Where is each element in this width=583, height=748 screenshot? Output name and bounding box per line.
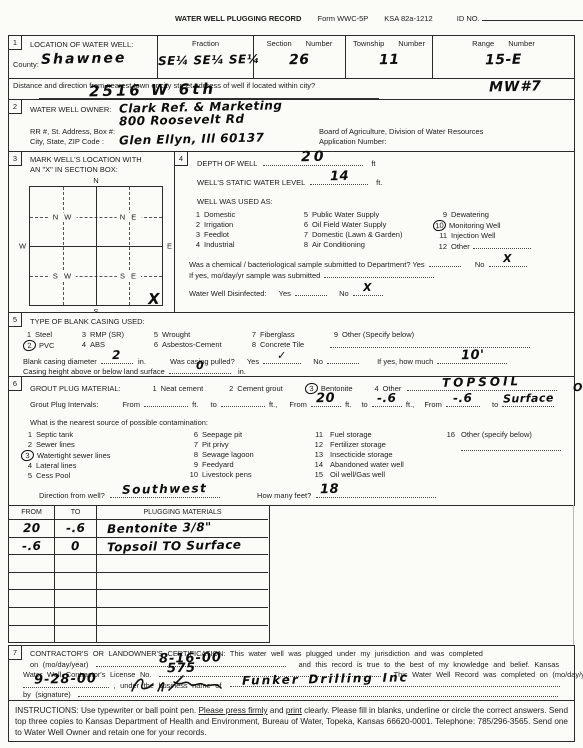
direction-line: Direction from well? Southwest How many … <box>39 490 436 500</box>
instructions-underline1: Please press firmly <box>198 706 267 715</box>
used-as-col1: 1Domestic 2Irrigation 3Feedlot 4Industri… <box>189 210 235 250</box>
instructions-box: INSTRUCTIONS: Use typewriter or ball poi… <box>8 700 575 742</box>
used-as-col2: 5Public Water Supply 6Oil Field Water Su… <box>297 210 402 250</box>
casing-num: 1 <box>23 330 31 340</box>
casing-item: Steel <box>35 330 52 339</box>
contam-num: 7 <box>187 440 198 450</box>
section-1-location: 1 LOCATION OF WATER WELL: County: Shawne… <box>8 35 575 100</box>
form-number: Form WWC-5P <box>317 14 368 23</box>
from-label: From <box>424 400 442 409</box>
casing-item: Concrete Tile <box>260 340 304 349</box>
township-cell: Township Number 11 <box>346 36 433 78</box>
used-label-item: Feedlot <box>204 230 229 239</box>
table-cell <box>97 626 268 644</box>
owner-label: WATER WELL OWNER: <box>30 105 111 114</box>
table-cell <box>55 590 97 608</box>
section-2-number: 2 <box>9 100 22 114</box>
casing-item: RMP (SR) <box>90 330 124 339</box>
table-cell <box>97 590 268 608</box>
used-label-item: Domestic (Lawn & Garden) <box>312 230 402 239</box>
static-level-unit: ft. <box>376 178 382 187</box>
used-label-item: Air Conditioning <box>312 240 365 249</box>
contam-num: 13 <box>309 450 323 460</box>
section-5-number: 5 <box>9 313 22 327</box>
table-cell <box>9 573 55 591</box>
static-level-line: WELL'S STATIC WATER LEVEL 14 ft. <box>197 177 382 187</box>
contamination-label: What is the nearest source of possible c… <box>30 418 208 427</box>
col-header-to: TO <box>55 506 97 520</box>
interval3-from-fill: -.6 <box>446 399 480 407</box>
cert-line2b: and this record is true to the best of m… <box>299 660 560 669</box>
section-1-title: LOCATION OF WATER WELL: <box>30 40 133 49</box>
table-cell: -.6 <box>55 520 97 538</box>
center-horizontal-line <box>30 246 162 247</box>
signature <box>128 673 224 697</box>
range-value: 15-E <box>485 52 522 69</box>
grout-label: Neat cement <box>161 384 204 393</box>
depth-fill: 20 <box>263 158 363 166</box>
range-label: Range <box>472 39 494 48</box>
compass-w: W <box>19 242 26 251</box>
used-num: 11 <box>433 231 447 241</box>
used-num: 3 <box>189 230 200 240</box>
cert-on-label: on (mo/day/year) <box>30 660 88 669</box>
mark-title-1: MARK WELL'S LOCATION WITH <box>30 155 142 164</box>
contam-item: Insecticide storage <box>330 450 393 459</box>
table-cell <box>97 573 268 591</box>
interval3-from-value: -.6 <box>453 394 473 403</box>
casing-item-selected: PVC <box>39 341 54 350</box>
contam-col3: 11Fuel storage 12Fertilizer storage 13In… <box>309 430 404 480</box>
casing-row2: 2PVC 4ABS 6Asbestos-Cement 8Concrete Til… <box>23 340 566 351</box>
static-level-value: 14 <box>329 172 348 181</box>
chem-yes-fill <box>429 259 461 267</box>
disinfected-label: Water Well Disinfected: <box>189 289 267 298</box>
from-label: From <box>289 400 307 409</box>
to-label: to <box>211 400 217 409</box>
address-value: 800 Roosevelt Rd <box>119 112 245 129</box>
table-cell: 0 <box>55 538 97 556</box>
used-label-item: Oil Field Water Supply <box>312 220 386 229</box>
casing-num: 8 <box>248 340 256 350</box>
contam-num: 6 <box>187 430 198 440</box>
contam-item: Feedyard <box>202 460 234 469</box>
grout-title: GROUT PLUG MATERIAL: <box>30 384 121 393</box>
section-7-number: 7 <box>9 646 22 660</box>
contam-num: 4 <box>21 461 32 471</box>
howmuch-value: 10' <box>461 351 485 360</box>
depth-value: 20 <box>300 153 326 163</box>
contam-item: Fuel storage <box>330 430 372 439</box>
id-no-label: ID NO. <box>457 14 480 23</box>
casing-item: Other (Specify below) <box>342 330 414 339</box>
township-value: 11 <box>379 52 400 68</box>
used-as-label: WELL WAS USED AS: <box>197 197 273 206</box>
disinfected-yes-fill <box>295 288 327 296</box>
instructions-underline2: print <box>286 706 302 715</box>
ifyes-label: If yes, mo/day/yr sample was submitted <box>189 271 320 280</box>
height-fill: 0 <box>169 366 231 374</box>
pulled-no-fill <box>327 356 359 364</box>
feet-value: 18 <box>320 485 339 494</box>
casing-other-fill <box>330 340 530 348</box>
cell-value: 20 <box>22 521 40 535</box>
quadrant-ne: N E <box>117 212 142 221</box>
interval2-to-fill: -.6 <box>372 399 402 407</box>
well-x-mark: X <box>148 290 160 308</box>
section-2-owner: 2 WATER WELL OWNER: RR #, St. Address, B… <box>8 99 575 152</box>
used-other-fill <box>473 241 531 249</box>
disinfected-no-x: X <box>363 283 372 292</box>
contam-item: Oil well/Gas well <box>330 470 385 479</box>
township-number-label: Number <box>398 39 425 48</box>
diameter-label: Blank casing diameter <box>23 357 97 366</box>
height-unit: in. <box>238 367 246 376</box>
contam-item: Sewer lines <box>36 440 75 449</box>
col-header-from: FROM <box>9 506 55 520</box>
contam-num: 1 <box>21 430 32 440</box>
ft-label: ft. <box>192 400 198 409</box>
grout-intervals-line: Grout Plug Intervals: From ft. to ft., F… <box>30 399 554 409</box>
ft-label: ft. <box>345 400 351 409</box>
interval1-from-fill <box>144 399 188 407</box>
quadrant-nw: N W <box>50 212 77 221</box>
used-num-circled: 10 <box>432 219 446 231</box>
contam-num: 16 <box>441 430 455 440</box>
pulled-yes-label: Yes <box>247 357 259 366</box>
contam-item: Fertilizer storage <box>330 440 386 449</box>
used-num: 1 <box>189 210 200 220</box>
direction-label: Direction from well? <box>39 491 105 500</box>
feet-label: How many feet? <box>257 491 311 500</box>
casing-num: 7 <box>248 330 256 340</box>
county-label: County: <box>13 60 39 69</box>
range-number-label: Number <box>508 39 535 48</box>
depth-unit: ft <box>371 159 375 168</box>
cell-value: Bentonite 3/8" <box>107 520 212 536</box>
business-fill: Funker Drilling Inc <box>230 679 560 687</box>
howmuch-label: If yes, how much <box>377 357 433 366</box>
contam-num: 11 <box>309 430 323 440</box>
interval1-to-fill <box>221 399 265 407</box>
casing-item: Asbestos-Cement <box>162 340 222 349</box>
location-columns: 1 LOCATION OF WATER WELL: County: Shawne… <box>9 36 574 78</box>
page-right-edge-line <box>573 505 574 646</box>
instructions-part2: and <box>268 706 286 715</box>
table-cell: Bentonite 3/8" <box>97 520 268 538</box>
used-num: 4 <box>189 240 200 250</box>
contam-item: Pit privy <box>202 440 229 449</box>
table-cell <box>97 555 268 573</box>
interval2-from-fill: 20 <box>311 399 341 407</box>
section-number-label: Number <box>306 39 333 48</box>
township-label: Township <box>353 39 384 48</box>
depth-label: DEPTH OF WELL <box>197 159 257 168</box>
city-value: Glen Ellyn, Ill 60137 <box>119 130 265 147</box>
pulled-yes-check: ✓ <box>277 351 287 360</box>
form-title: WATER WELL PLUGGING RECORD <box>175 14 301 23</box>
used-num: 2 <box>189 220 200 230</box>
table-cell <box>97 608 268 626</box>
used-num: 12 <box>433 242 447 252</box>
water-well-plugging-record-form: WATER WELL PLUGGING RECORD Form WWC-5P K… <box>0 0 583 748</box>
section-3-number: 3 <box>9 152 22 166</box>
contam-num: 10 <box>187 470 198 480</box>
section-number-cell: Section Number 26 <box>254 36 346 78</box>
cert-line1: CONTRACTOR'S OR LANDOWNER'S CERTIFICATIO… <box>30 649 483 659</box>
grout-item: 2Cement grout <box>225 384 282 393</box>
grout-num: 2 <box>225 384 233 393</box>
section-3-location-box: 3 MARK WELL'S LOCATION WITH AN "X" IN SE… <box>8 151 175 313</box>
chem-no-label: No <box>475 260 485 269</box>
ft-comma-label: ft., <box>406 400 414 409</box>
casing-num: 3 <box>78 330 86 340</box>
contam-num: 5 <box>21 471 32 481</box>
chem-no-x: X <box>503 254 512 263</box>
table-cell <box>55 626 97 644</box>
to-label: to <box>492 400 498 409</box>
contam-item: Cess Pool <box>36 471 70 480</box>
contam-num-circled: 3 <box>20 449 34 461</box>
instructions-part1: INSTRUCTIONS: Use typewriter or ball poi… <box>15 706 198 715</box>
contam-item: Sewage lagoon <box>202 450 254 459</box>
contam-num: 15 <box>309 470 323 480</box>
casing-row1: 1Steel 3RMP (SR) 5Wrought 7Fiberglass 9O… <box>23 330 566 340</box>
feet-fill: 18 <box>316 490 436 498</box>
disinfected-no-fill: X <box>353 288 383 296</box>
contam-col4: 16Other (specify below) <box>441 430 561 454</box>
section-1-number: 1 <box>9 36 22 50</box>
grout-other-value: TOPSOIL <box>442 377 521 388</box>
contam-other-fill <box>461 443 561 451</box>
id-no-blank <box>482 13 583 21</box>
height-value: 0 <box>196 361 204 370</box>
casing-num: 5 <box>150 330 158 340</box>
used-label-item: Irrigation <box>204 220 233 229</box>
section-4-number: 4 <box>175 152 188 166</box>
disinfected-yes-label: Yes <box>279 289 291 298</box>
depth-line: DEPTH OF WELL 20 ft <box>197 158 376 168</box>
cell-value: -.6 <box>22 539 42 553</box>
interval3-to-value: Surface <box>503 393 554 403</box>
contam-num: 14 <box>309 460 323 470</box>
contam-num: 9 <box>187 460 198 470</box>
table-cell <box>55 608 97 626</box>
contam-col2: 6Seepage pit 7Pit privy 8Sewage lagoon 9… <box>187 430 254 480</box>
instructions-text: INSTRUCTIONS: Use typewriter or ball poi… <box>9 701 574 738</box>
form-header: WATER WELL PLUGGING RECORD Form WWC-5P K… <box>175 13 583 23</box>
casing-num: 9 <box>330 330 338 340</box>
used-label-item-selected: Monitoring Well <box>449 221 501 230</box>
casing-item: Wrought <box>162 330 190 339</box>
section-7-certification: 7 CONTRACTOR'S OR LANDOWNER'S CERTIFICAT… <box>8 645 575 701</box>
col-header-materials: PLUGGING MATERIALS <box>97 506 268 520</box>
contam-item: Seepage pit <box>202 430 242 439</box>
grout-stray-mark: O <box>573 383 583 392</box>
section-grid-box: N W N E S W S E N S W E X <box>29 186 163 306</box>
used-label-item: Industrial <box>204 240 234 249</box>
casing-num: 6 <box>150 340 158 350</box>
static-level-label: WELL'S STATIC WATER LEVEL <box>197 178 305 187</box>
ifyes-line: If yes, mo/day/yr sample was submitted <box>189 270 434 280</box>
address-label: RR #, St. Address, Box #: <box>30 127 115 136</box>
city-label: City, State, ZIP Code : <box>30 137 104 146</box>
grout-other-fill: TOPSOIL <box>407 383 557 391</box>
contam-item: Livestock pens <box>202 470 252 479</box>
used-label-item: Injection Well <box>451 231 495 240</box>
cell-value: Topsoil TO Surface <box>107 537 242 554</box>
static-level-fill: 14 <box>310 177 368 185</box>
table-cell <box>9 555 55 573</box>
well-no-value: MW#7 <box>489 78 542 95</box>
grout-item: 1Neat cement <box>149 384 204 393</box>
intervals-label: Grout Plug Intervals: <box>30 400 98 409</box>
casing-num-circled: 2 <box>22 339 36 351</box>
compass-e: E <box>167 242 172 251</box>
county-cell: 1 LOCATION OF WATER WELL: County: Shawne… <box>9 36 158 78</box>
table-cell <box>9 626 55 644</box>
chem-sample-label: Was a chemical / bacteriological sample … <box>189 260 425 269</box>
table-cell <box>9 590 55 608</box>
contam-item: Abandoned water well <box>330 460 404 469</box>
disinfected-no-label: No <box>339 289 349 298</box>
table-cell <box>55 573 97 591</box>
fraction-label: Fraction <box>192 39 219 48</box>
casing-item: Fiberglass <box>260 330 295 339</box>
used-num: 5 <box>297 210 308 220</box>
diameter-unit: in. <box>138 357 146 366</box>
used-num: 9 <box>433 210 447 220</box>
section-value: 26 <box>289 52 310 68</box>
contam-item: Lateral lines <box>36 461 76 470</box>
quadrant-sw: S W <box>50 271 76 280</box>
table-cell: 20 <box>9 520 55 538</box>
business-value: Funker Drilling Inc <box>242 672 409 685</box>
grout-label: Cement grout <box>237 384 282 393</box>
direction-fill: Southwest <box>110 490 220 498</box>
table-cell: -.6 <box>9 538 55 556</box>
ifyes-fill <box>324 270 434 278</box>
interval2-from-value: 20 <box>316 394 335 403</box>
section-5-casing: 5 TYPE OF BLANK CASING USED: 1Steel 3RMP… <box>8 312 575 377</box>
casing-item: ABS <box>90 340 105 349</box>
pulled-yes-fill: ✓ <box>263 356 301 364</box>
used-label-item: Other <box>451 242 470 251</box>
section-6-number: 6 <box>9 377 22 391</box>
fraction-cell: Fraction SE¼ SE¼ SE¼ <box>158 36 254 78</box>
interval3-to-fill: Surface <box>502 399 554 407</box>
date-completed-fill: 9-28-00 <box>23 680 109 688</box>
casing-title: TYPE OF BLANK CASING USED: <box>30 317 145 326</box>
contam-num: 12 <box>309 440 323 450</box>
signature-label: by (signature) <box>23 690 71 699</box>
distance-value: 2516 W 6th <box>89 80 216 101</box>
table-cell <box>9 608 55 626</box>
table-cell: Topsoil TO Surface <box>97 538 268 556</box>
fraction-value: SE¼ SE¼ SE¼ <box>158 52 260 68</box>
contam-col1: 1Septic tank 2Sewer lines 3Watertight se… <box>21 430 111 481</box>
chem-no-fill: X <box>489 259 527 267</box>
used-num: 7 <box>297 230 308 240</box>
cert-line5: by (signature) <box>23 689 558 700</box>
board-line2: Application Number: <box>319 137 387 146</box>
howmuch-fill: 10' <box>437 356 507 364</box>
used-label-item: Domestic <box>204 210 235 219</box>
signature-fill <box>78 689 558 697</box>
used-label-item: Dewatering <box>451 210 489 219</box>
board-line1: Board of Agriculture, Division of Water … <box>319 127 483 136</box>
pulled-no-label: No <box>313 357 323 366</box>
contam-item: Other (specify below) <box>461 430 532 439</box>
used-label-item: Public Water Supply <box>312 210 379 219</box>
contam-num: 2 <box>21 440 32 450</box>
used-num: 8 <box>297 240 308 250</box>
direction-value: Southwest <box>122 484 207 495</box>
range-cell: Range Number 15-E <box>433 36 574 78</box>
diameter-value: 2 <box>112 351 121 360</box>
county-value: Shawnee <box>41 50 127 68</box>
contam-item-selected: Watertight sewer lines <box>37 451 111 460</box>
cert-line3b: This Water Well Record was completed on … <box>394 670 583 679</box>
chem-sample-line: Was a chemical / bacteriological sample … <box>189 259 527 269</box>
casing-height-line: Casing height above or below land surfac… <box>23 366 246 376</box>
grout-material-line: GROUT PLUG MATERIAL: 1Neat cement 2Cemen… <box>30 383 582 394</box>
contam-num: 8 <box>187 450 198 460</box>
from-label: From <box>122 400 140 409</box>
plugging-table: FROM TO PLUGGING MATERIALS 20 -.6 Benton… <box>8 505 270 643</box>
used-as-col3: 9Dewatering 10Monitoring Well 11Injectio… <box>433 210 531 252</box>
casing-num: 4 <box>78 340 86 350</box>
height-label: Casing height above or below land surfac… <box>23 367 165 376</box>
contam-item: Septic tank <box>36 430 73 439</box>
ft-comma-label: ft., <box>269 400 277 409</box>
cell-value: -.6 <box>66 521 86 535</box>
quadrant-se: S E <box>117 271 141 280</box>
statute-ref: KSA 82a-1212 <box>384 14 432 23</box>
interval2-to-value: -.6 <box>377 394 397 403</box>
section-label: Section <box>267 39 292 48</box>
date-completed-value: 9-28-00 <box>34 674 97 685</box>
cell-value: 0 <box>71 539 80 553</box>
diameter-fill: 2 <box>101 356 133 364</box>
to-label: to <box>361 400 367 409</box>
disinfected-line: Water Well Disinfected: Yes No X <box>189 288 383 298</box>
distance-row: Distance and direction from nearest town… <box>9 78 574 101</box>
grout-num: 1 <box>149 384 157 393</box>
used-num: 6 <box>297 220 308 230</box>
casing-diameter-line: Blank casing diameter 2 in. Was casing p… <box>23 356 507 366</box>
section-6-grout: 6 GROUT PLUG MATERIAL: 1Neat cement 2Cem… <box>8 376 575 506</box>
section-4-well-info: 4 DEPTH OF WELL 20 ft WELL'S STATIC WATE… <box>174 151 575 313</box>
table-cell <box>55 555 97 573</box>
compass-n: N <box>93 176 98 185</box>
mark-title-2: AN "X" IN SECTION BOX: <box>30 165 118 174</box>
